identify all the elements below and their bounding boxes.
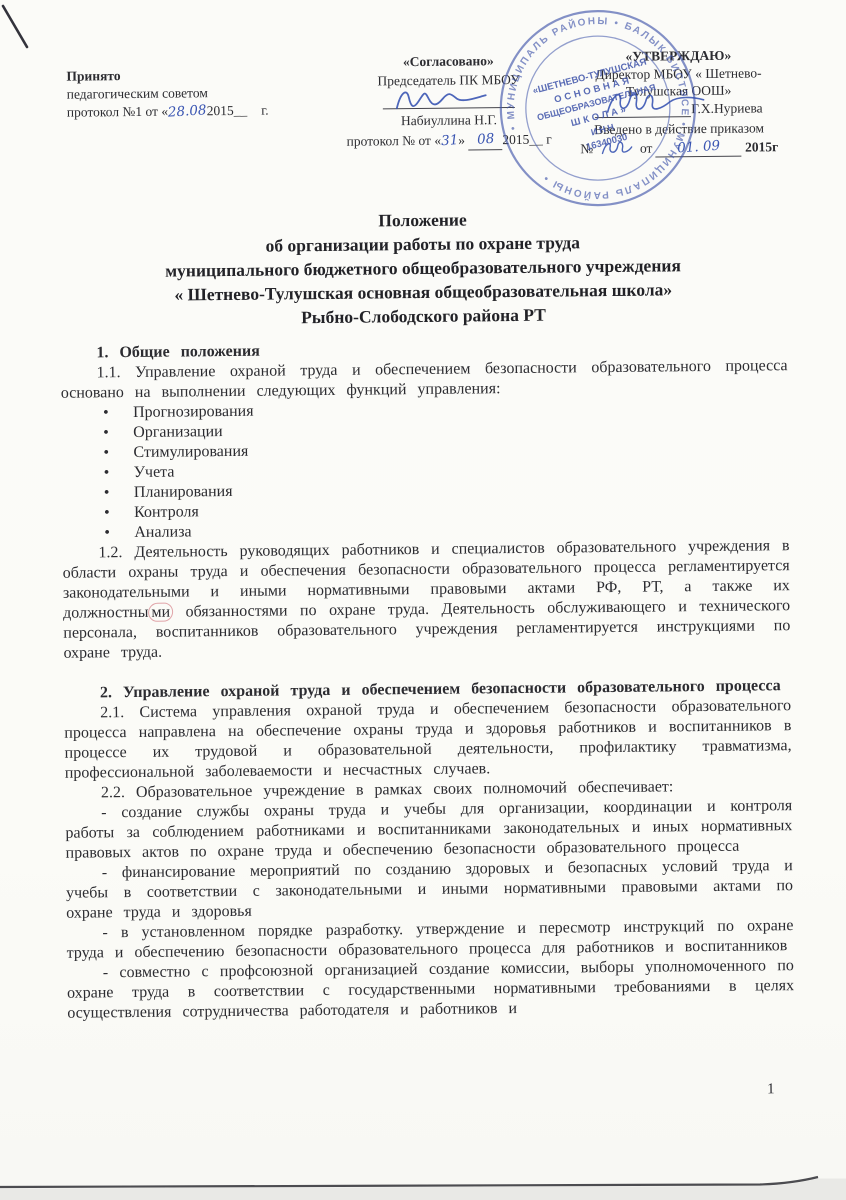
accepted-block: Принято педагогическим советом протокол … (66, 65, 317, 122)
signature-nurieva-icon (603, 86, 707, 121)
paragraph-2-1: 2.1. Система управления охраной труда и … (64, 696, 792, 784)
agreed-name: Набиуллина Н.Г. (323, 109, 575, 131)
agreed-protocol-line: протокол № от «31» 082015__ г (323, 128, 575, 152)
dash-item: - совместно с профсоюзной организацией с… (67, 956, 795, 1024)
page-number: 1 (767, 1081, 775, 1098)
approved-number-line: № от 01. 09 2015г (545, 136, 813, 159)
document-body: 1. Общие положения 1.1. Управление охран… (60, 336, 794, 1024)
handwritten-date: 28.08 (168, 101, 208, 121)
bullet-icon: • (104, 483, 110, 503)
accepted-protocol-line: протокол №1 от «28.082015__г. (67, 101, 317, 122)
dash-item: - создание службы охраны труда и учебы д… (65, 796, 793, 864)
handwritten-month: 08 (476, 130, 494, 150)
paper-bottom-edge (0, 1172, 846, 1200)
agreed-signature-line (323, 88, 575, 112)
bullet-icon: • (103, 443, 109, 463)
agreed-block: «Согласовано» Председатель ПК МБОУ Набиу… (322, 50, 575, 152)
document-title: Положение об организации работы по охран… (59, 204, 787, 332)
handwritten-order-number-icon (596, 138, 636, 158)
scanned-document-page: Принято педагогическим советом протокол … (0, 0, 846, 1200)
bullet-icon: • (103, 403, 109, 423)
signature-nabiullina-icon (391, 85, 491, 112)
dash-item: - финансирование мероприятий по созданию… (66, 856, 794, 924)
bullet-icon: • (104, 503, 110, 523)
agreed-title: «Согласовано» (322, 50, 574, 72)
bullet-icon: • (104, 463, 110, 483)
approved-block: «УТВЕРЖДАЮ» Директор МБОУ « Шетнево- Тул… (544, 46, 813, 159)
handwritten-day: 31 (440, 131, 458, 151)
handwritten-order-date: 01. 09 (677, 137, 721, 157)
bullet-icon: • (104, 523, 110, 543)
functions-bullet-list: •Прогнозирования •Организации •Стимулиро… (61, 396, 789, 544)
bullet-icon: • (103, 423, 109, 443)
paragraph-1-2: 1.2. Деятельность руководящих работников… (62, 536, 790, 664)
approved-signature-line: Г.Х.Нуриева (545, 98, 813, 121)
red-pen-circle: ми (148, 603, 173, 622)
